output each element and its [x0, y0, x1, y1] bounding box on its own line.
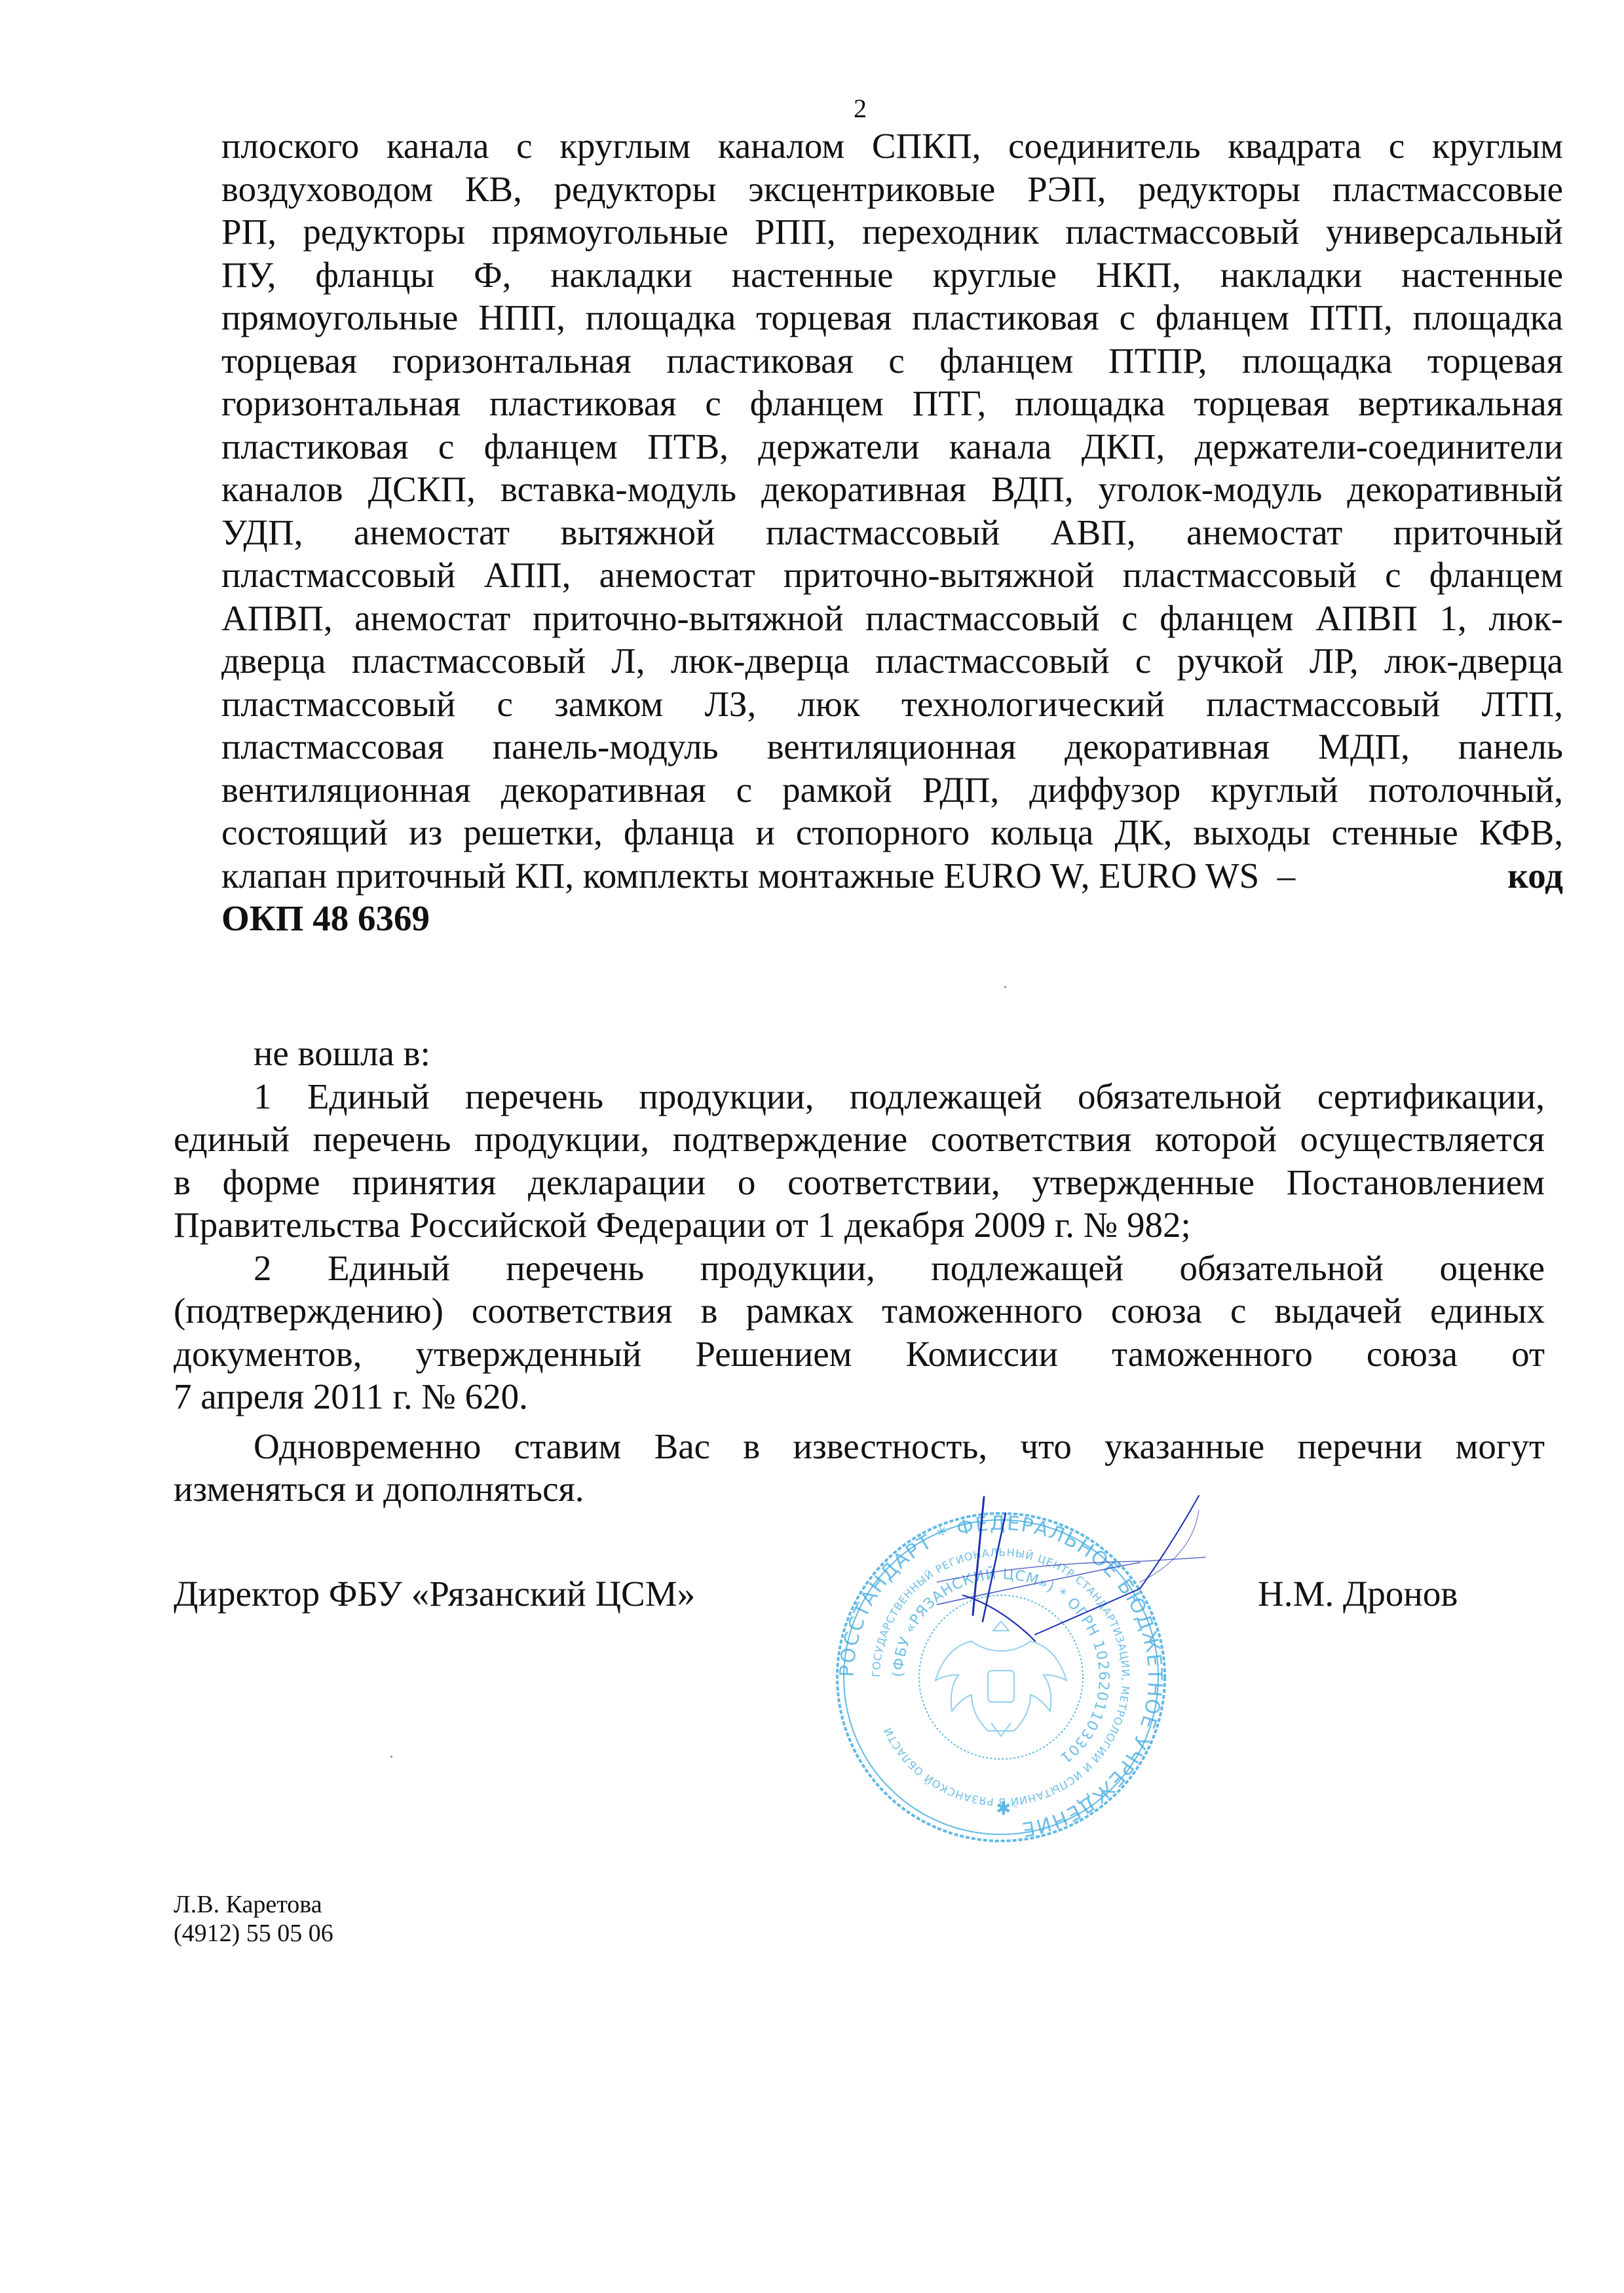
- text-line: 7 апреля 2011 г. № 620.: [174, 1375, 1545, 1418]
- list-item-1: 1 Единый перечень продукции, подлежащей …: [174, 1075, 1545, 1247]
- exclusion-section: не вошла в: 1 Единый перечень продукции,…: [174, 1017, 1545, 1511]
- text-line: вентиляционная декоративная с рамкой РДП…: [221, 768, 1563, 812]
- text-line: Правительства Российской Федерации от 1 …: [174, 1203, 1545, 1247]
- scan-speck: [390, 1756, 392, 1758]
- text-line: воздуховодом КВ, редукторы эксцентриковы…: [221, 168, 1563, 211]
- text-line: клапан приточный КП, комплекты монтажные…: [221, 854, 1563, 898]
- text-line: горизонтальная пластиковая с фланцем ПТГ…: [221, 382, 1563, 425]
- closing-paragraph: Одновременно ставим Вас в известность, ч…: [174, 1425, 1545, 1511]
- page-number: 2: [854, 93, 867, 124]
- text-line: УДП, анемостат вытяжной пластмассовый АВ…: [221, 511, 1563, 554]
- text-line: пластиковая с фланцем ПТВ, держатели кан…: [221, 425, 1563, 468]
- text-line: Одновременно ставим Вас в известность, ч…: [174, 1425, 1545, 1468]
- text-line: изменяться и дополняться.: [174, 1468, 1545, 1511]
- text-line: РП, редукторы прямоугольные РПП, переход…: [221, 210, 1563, 254]
- text-line: единый перечень продукции, подтверждение…: [174, 1118, 1545, 1161]
- text-line: прямоугольные НПП, площадка торцевая пла…: [221, 296, 1563, 339]
- signatory-name: Н.М. Дронов: [1258, 1572, 1458, 1616]
- intro-line: не вошла в:: [174, 1032, 1545, 1075]
- text-line: АПВП, анемостат приточно-вытяжной пластм…: [221, 597, 1563, 640]
- okp-code: ОКП 48 6369: [221, 897, 1563, 940]
- text-line: ПУ, фланцы Ф, накладки настенные круглые…: [221, 254, 1563, 297]
- text-line: пластмассовый с замком ЛЗ, люк технологи…: [221, 683, 1563, 726]
- text-line-prefix: клапан приточный КП, комплекты монтажные…: [221, 854, 1295, 898]
- text-line: плоского канала с круглым каналом СПКП, …: [221, 124, 1563, 168]
- text-line: (подтверждению) соответствия в рамках та…: [174, 1289, 1545, 1333]
- spacer: [174, 1017, 1545, 1032]
- text-line: пластмассовый АПП, анемостат приточно-вы…: [221, 554, 1563, 597]
- scan-speck: [1004, 986, 1006, 988]
- text-line: состоящий из решетки, фланца и стопорног…: [221, 811, 1563, 854]
- code-label: код: [1507, 854, 1563, 898]
- asterisk-icon: ✱: [996, 1799, 1011, 1819]
- text-line: 2 Единый перечень продукции, подлежащей …: [174, 1247, 1545, 1290]
- signatory-position: Директор ФБУ «Рязанский ЦСМ»: [174, 1572, 695, 1616]
- list-item-2: 2 Единый перечень продукции, подлежащей …: [174, 1247, 1545, 1418]
- contact-info: Л.В. Каретова (4912) 55 05 06: [174, 1890, 333, 1948]
- text-line: дверца пластмассовый Л, люк-дверца пласт…: [221, 639, 1563, 683]
- text-line: торцевая горизонтальная пластиковая с фл…: [221, 339, 1563, 383]
- contact-name: Л.В. Каретова: [174, 1890, 333, 1919]
- text-line: каналов ДСКП, вставка-модуль декоративна…: [221, 468, 1563, 511]
- product-list-paragraph: плоского канала с круглым каналом СПКП, …: [221, 124, 1563, 940]
- text-line: документов, утвержденный Решением Комисс…: [174, 1333, 1545, 1376]
- signature-block: Директор ФБУ «Рязанский ЦСМ» Н.М. Дронов: [174, 1572, 1477, 1625]
- text-line: пластмассовая панель-модуль вентиляционн…: [221, 725, 1563, 768]
- text-line: 1 Единый перечень продукции, подлежащей …: [174, 1075, 1545, 1118]
- contact-phone: (4912) 55 05 06: [174, 1919, 333, 1948]
- text-line: в форме принятия декларации о соответств…: [174, 1161, 1545, 1204]
